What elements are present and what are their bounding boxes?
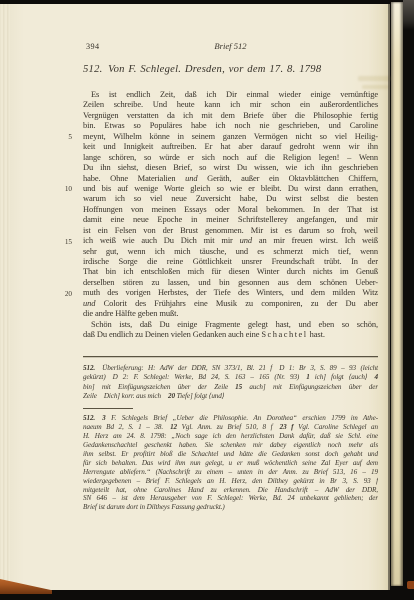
- apparatus-line: gekürzt) D 2: F. Schlegel: Werke, Bd 24,…: [83, 373, 378, 382]
- letter-text-line: keit und Innigkeit auftreiben. Er hat ab…: [83, 141, 378, 151]
- commentary-line: Brief ist darum dort in Diltheys Fassung…: [83, 503, 378, 512]
- letter-text-line: die andre Hälfte geben mußt.: [83, 308, 378, 318]
- book-photo: 394 Brief 512 512. Von F. Schlegel. Dres…: [0, 0, 414, 600]
- running-title: Brief 512: [83, 41, 378, 52]
- commentary-line: ihm selbst. Er profitirt bloß die Schach…: [83, 450, 378, 459]
- letter-text-line: irdische Sorge die reine Göttlichkeit un…: [83, 256, 378, 266]
- commentary-line: naeum Bd 2, S. 1 – 38. 12 Vgl. Anm. zu B…: [83, 423, 378, 432]
- letter-text-line: und bis auf wenige Worte gleich so wie e…: [83, 183, 378, 193]
- letter-text-line: meynt, Wilhelm könne in seinem ganzen Ve…: [83, 131, 378, 141]
- commentary-block: 512. 3 F. Schlegels Brief „Ueber die Phi…: [83, 414, 378, 512]
- commentary-line: H. Herz am 24. 8. 1798: „Noch sage ich d…: [83, 432, 378, 441]
- letter-text-line: muth des vorigen Herbstes, der Tiefe des…: [83, 287, 378, 297]
- letter-text-line: ich weiß wie auch Du Dich mit mir und an…: [83, 235, 378, 245]
- apparatus-line: 512. Überlieferung: H: AdW der DDR, SN 3…: [83, 364, 378, 373]
- letter-text-line: Schön ists, daß Du einige Fragmente gele…: [83, 319, 378, 329]
- apparatus-line: Zeile Dich] korr. aus mich 20 Tiefe] fol…: [83, 392, 378, 401]
- apparatus-separator-rule: [83, 356, 378, 357]
- book-cover-edge: [407, 581, 414, 589]
- margin-line-number: 10: [48, 185, 72, 194]
- letter-text-line: lange schören, so würde er sich noch auf…: [83, 152, 378, 162]
- letter-text-line: Vergnügen verstatten da ich mit dem Brie…: [83, 110, 378, 120]
- letter-text-line: und Colorit des Frühjahrs eine Musik zu …: [83, 298, 378, 308]
- margin-line-number: 15: [48, 238, 72, 247]
- letter-text-line: warum ich so viel neue Zuversicht habe, …: [83, 193, 378, 203]
- page-fold-shadow: [388, 4, 390, 590]
- commentary-line: wiedergegebenen – Brief F. Schlegels an …: [83, 477, 378, 486]
- commentary-line: Herrengute abliefern.“ (Nachschrift zu e…: [83, 468, 378, 477]
- margin-line-number: 5: [48, 133, 72, 142]
- facing-page-edge: [391, 2, 403, 586]
- letter-text-line: Du ihn siehst, diesen Brief, so wirst Du…: [83, 162, 378, 172]
- commentary-line: mitgeteilt hat, ohne Carolines Hand zu e…: [83, 486, 378, 495]
- apparatus-block: 512. Überlieferung: H: AdW der DDR, SN 3…: [83, 364, 378, 402]
- letter-text-line: bin. Etwas so Populäres habe ich noch ni…: [83, 120, 378, 130]
- letter-text-line: Hoffnungen von meinen Essays oder Moral …: [83, 204, 378, 214]
- letter-text-line: habe. Ohne Materialien und Geräth, außer…: [83, 173, 378, 183]
- commentary-line: für sich behalten. Das wird ihm nun gele…: [83, 459, 378, 468]
- margin-line-number: 20: [48, 290, 72, 299]
- commentary-line: SN 646 – ist dem Herausgeber von F. Schl…: [83, 494, 378, 503]
- background-glare: [403, 0, 414, 30]
- apparatus-line: bin] mit Einfügungszeichen über der Zeil…: [83, 383, 378, 392]
- letter-text-line: Es ist endlich Zeit, daß ich Dir einmal …: [83, 89, 378, 99]
- letter-text-line: daß Du endlich zu Deinen vielen Gedanken…: [83, 329, 378, 339]
- commentary-line: Gedankenschachtel geschenkt haben. Sie s…: [83, 441, 378, 450]
- letter-text-line: sehr gut, wenn ich mich täusche, und es …: [83, 246, 378, 256]
- running-header: 394 Brief 512: [83, 41, 378, 52]
- letter-text-line: derselben stören zu lassen, und bin geso…: [83, 277, 378, 287]
- letter-text-line: Zeilen schreibe. Und heute kann ich mir …: [83, 99, 378, 109]
- letter-text-line: That bin ich entschloßen mich für diesen…: [83, 266, 378, 276]
- letter-title: 512. Von F. Schlegel. Dresden, vor dem 1…: [83, 64, 383, 75]
- ink-bleedthrough: [358, 76, 391, 81]
- letter-text-line: damit eine neue Epoche in meiner Schrift…: [83, 214, 378, 224]
- commentary-separator-rule: [83, 408, 133, 409]
- letter-body: Es ist endlich Zeit, daß ich Dir einmal …: [83, 89, 378, 340]
- letter-text-line: ist ein Felsen von der Brust genommen. M…: [83, 225, 378, 235]
- commentary-line: 512. 3 F. Schlegels Brief „Ueber die Phi…: [83, 414, 378, 423]
